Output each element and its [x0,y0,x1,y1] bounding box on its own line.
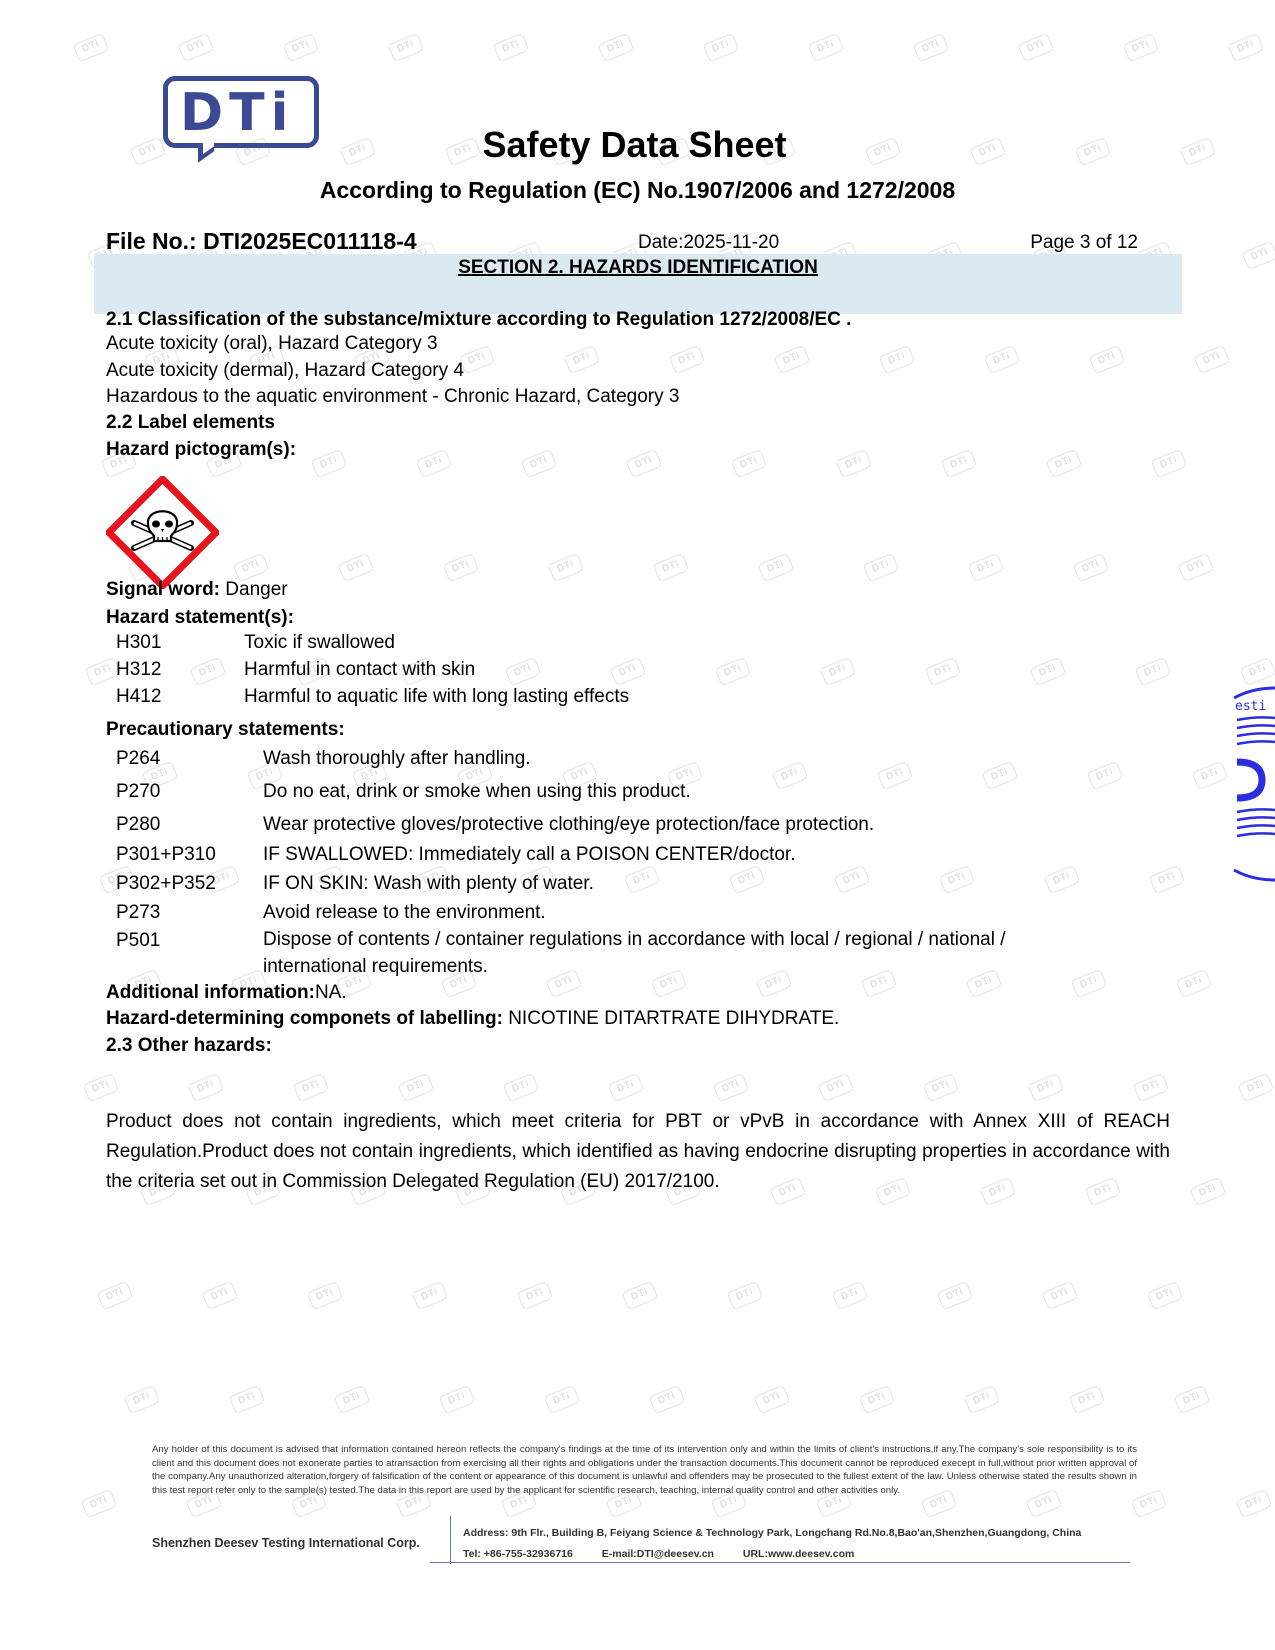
footer-company-name: Shenzhen Deesev Testing International Co… [152,1536,420,1550]
svg-text:esti: esti [1235,699,1266,714]
company-seal-stamp-icon: esti [1232,680,1275,885]
precautionary-code: P280 [116,814,160,836]
section-header-bar: SECTION 2. HAZARDS IDENTIFICATION [94,254,1182,314]
sds-page: DTiDTiDTiDTiDTiDTiDTiDTiDTiDTiDTiDTiDTiD… [0,0,1275,1650]
precautionary-code: P273 [116,902,160,924]
hazard-statements-heading: Hazard statement(s): [106,607,294,629]
precautionary-code: P270 [116,781,160,803]
classification-heading: 2.1 Classification of the substance/mixt… [106,309,851,331]
signal-word: Signal word: Danger [106,579,288,601]
file-number: File No.: DTI2025EC011118-4 [106,228,417,255]
precautionary-heading: Precautionary statements: [106,719,345,741]
document-title: Safety Data Sheet [0,124,1275,166]
footer-tel: Tel: +86-755-32936716 [463,1548,573,1560]
precautionary-code: P301+P310 [116,844,216,866]
footer-address: Address: 9th Flr., Building B, Feiyang S… [463,1527,1081,1539]
hazard-text: Harmful in contact with skin [244,659,475,681]
hazard-text: Toxic if swallowed [244,632,395,654]
classification-item: Acute toxicity (dermal), Hazard Category… [106,360,464,382]
pictogram-heading: Hazard pictogram(s): [106,439,296,461]
precautionary-text: IF SWALLOWED: Immediately call a POISON … [263,844,795,866]
footer-url: URL:www.deesev.com [743,1548,854,1560]
section-title: SECTION 2. HAZARDS IDENTIFICATION [94,257,1182,279]
precautionary-code: P501 [116,930,160,952]
other-hazards-text: Product does not contain ingredients, wh… [106,1107,1170,1197]
footer-underline [430,1562,1130,1563]
footer-divider [450,1516,451,1564]
document-meta: File No.: DTI2025EC011118-4 Date:2025-11… [106,228,1138,256]
hazard-code: H301 [116,632,161,654]
precautionary-code: P302+P352 [116,873,216,895]
hazard-determining-components: Hazard-determining componets of labellin… [106,1008,839,1030]
precautionary-text: Wash thoroughly after handling. [263,748,531,770]
footer-email: E-mail:DTI@deesev.cn [602,1548,714,1560]
classification-item: Hazardous to the aquatic environment - C… [106,386,679,408]
document-subtitle: According to Regulation (EC) No.1907/200… [0,177,1275,204]
document-date: Date:2025-11-20 [638,232,779,254]
precautionary-text: Do no eat, drink or smoke when using thi… [263,781,691,803]
precautionary-text: Wear protective gloves/protective clothi… [263,814,874,836]
precautionary-text: IF ON SKIN: Wash with plenty of water. [263,873,594,895]
precautionary-code: P264 [116,748,160,770]
label-elements-heading: 2.2 Label elements [106,412,275,434]
hazard-code: H412 [116,686,161,708]
precautionary-text: Dispose of contents / container regulati… [263,926,1093,980]
classification-item: Acute toxicity (oral), Hazard Category 3 [106,333,438,355]
page-number: Page 3 of 12 [1030,232,1138,254]
precautionary-text: Avoid release to the environment. [263,902,546,924]
footer-disclaimer: Any holder of this document is advised t… [152,1443,1137,1497]
additional-information: Additional information:NA. [106,982,347,1004]
footer-contact: Tel: +86-755-32936716 E-mail:DTI@deesev.… [463,1548,880,1560]
skull-and-crossbones-icon [106,476,219,589]
other-hazards-heading: 2.3 Other hazards: [106,1035,272,1057]
hazard-code: H312 [116,659,161,681]
hazard-text: Harmful to aquatic life with long lastin… [244,686,629,708]
